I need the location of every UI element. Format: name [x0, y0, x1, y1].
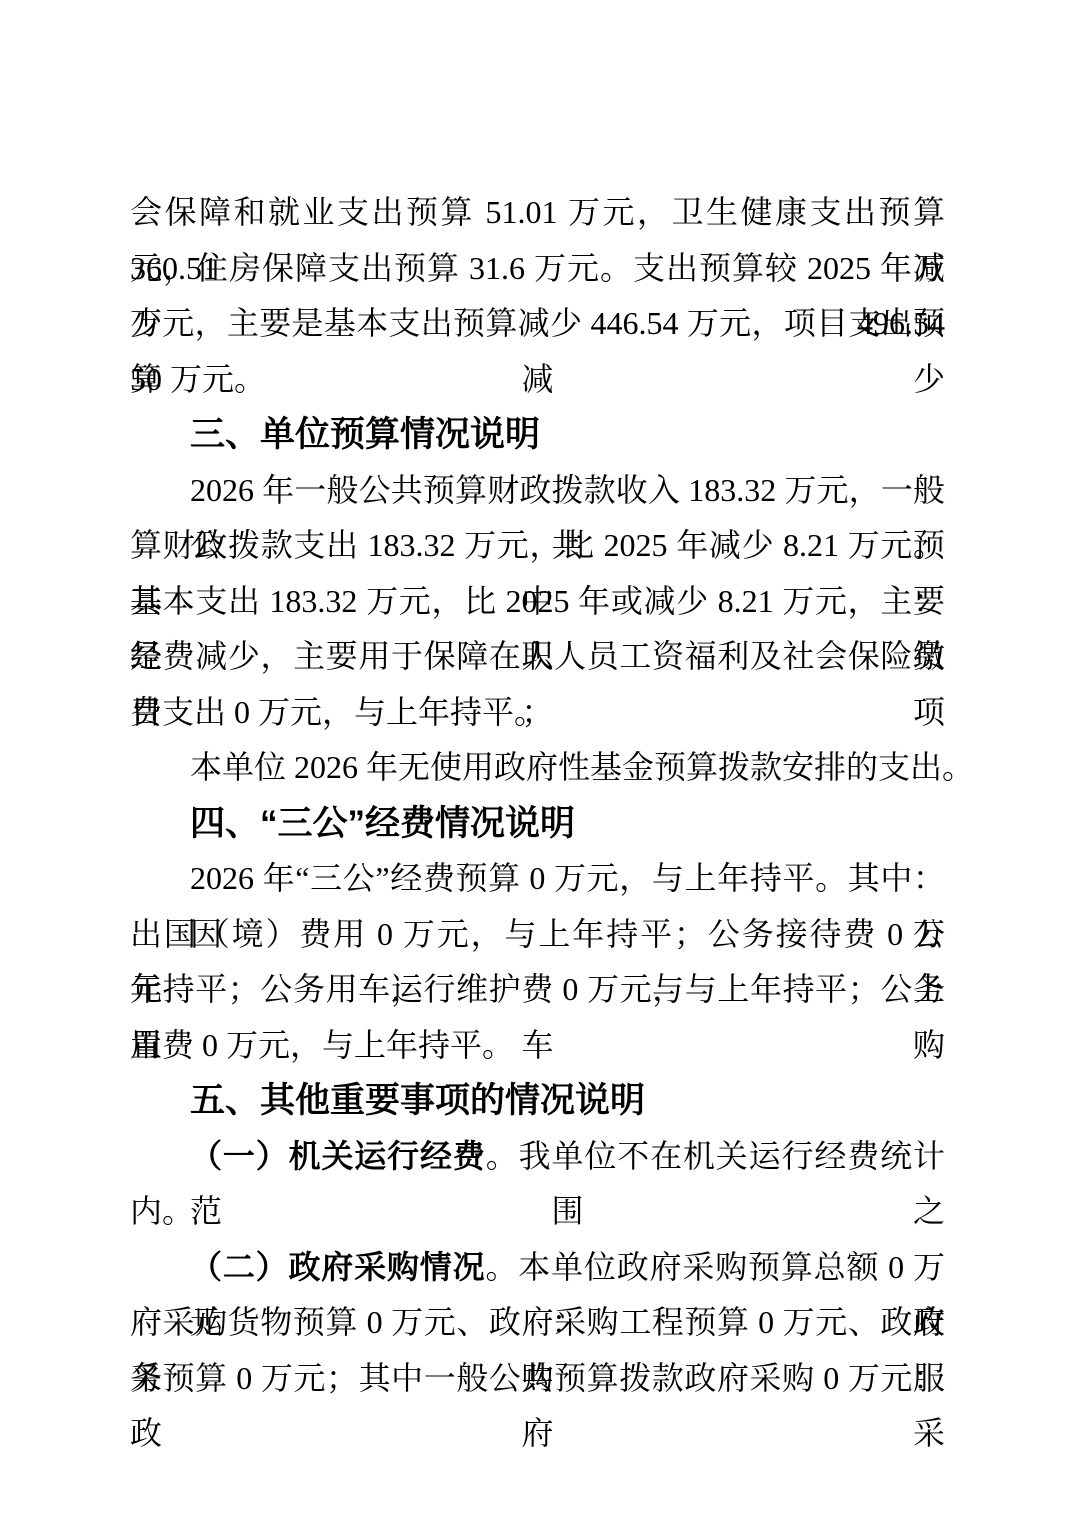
body-line: 务预算 0 万元；其中一般公共预算拨款政府采购 0 万元：政府采: [130, 1351, 945, 1407]
body-line: 2026 年“三公”经费预算 0 万元，与上年持平。其中：因公: [130, 851, 945, 907]
body-line: 府采购货物预算 0 万元、政府采购工程预算 0 万元、政府采购服: [130, 1295, 945, 1351]
body-line: 基本支出 183.32 万元，比 2025 年或减少 8.21 万元，主要是人员: [130, 574, 945, 630]
section-heading: 五、其他重要事项的情况说明: [130, 1073, 945, 1129]
body-line: （二）政府采购情况。本单位政府采购预算总额 0 万元：政: [130, 1240, 945, 1296]
body-line: 出国（境）费用 0 万元，与上年持平；公务接待费 0 万元，与上: [130, 907, 945, 963]
body-line: 本单位 2026 年无使用政府性基金预算拨款安排的支出。: [130, 740, 945, 796]
body-line: 2026 年一般公共预算财政拨款收入 183.32 万元，一般公共预: [130, 463, 945, 519]
body-line: 经费减少，主要用于保障在职人员工资福利及社会保险缴费；项: [130, 629, 945, 685]
paragraph-lead: （二）政府采购情况: [190, 1249, 485, 1285]
document-page: 会保障和就业支出预算 51.01 万元，卫生健康支出预算 360.51 万 元，…: [0, 0, 1074, 1520]
section-heading: 四、“三公”经费情况说明: [130, 796, 945, 852]
body-line: 元，住房保障支出预算 31.6 万元。支出预算较 2025 年减少 496.54: [130, 241, 945, 297]
body-line: （一）机关运行经费。我单位不在机关运行经费统计范围之: [130, 1129, 945, 1185]
body-line: 会保障和就业支出预算 51.01 万元，卫生健康支出预算 360.51 万: [130, 185, 945, 241]
document-text: 会保障和就业支出预算 51.01 万元，卫生健康支出预算 360.51 万 元，…: [130, 185, 945, 1406]
section-heading: 三、单位预算情况说明: [130, 407, 945, 463]
paragraph-lead: （一）机关运行经费: [190, 1138, 486, 1174]
body-line: 算财政拨款支出 183.32 万元，比 2025 年减少 8.21 万元。其中：: [130, 518, 945, 574]
body-line: 年持平；公务用车运行维护费 0 万元，与上年持平；公务用车购: [130, 962, 945, 1018]
body-line: 万元，主要是基本支出预算减少 446.54 万元，项目支出预算减少: [130, 296, 945, 352]
